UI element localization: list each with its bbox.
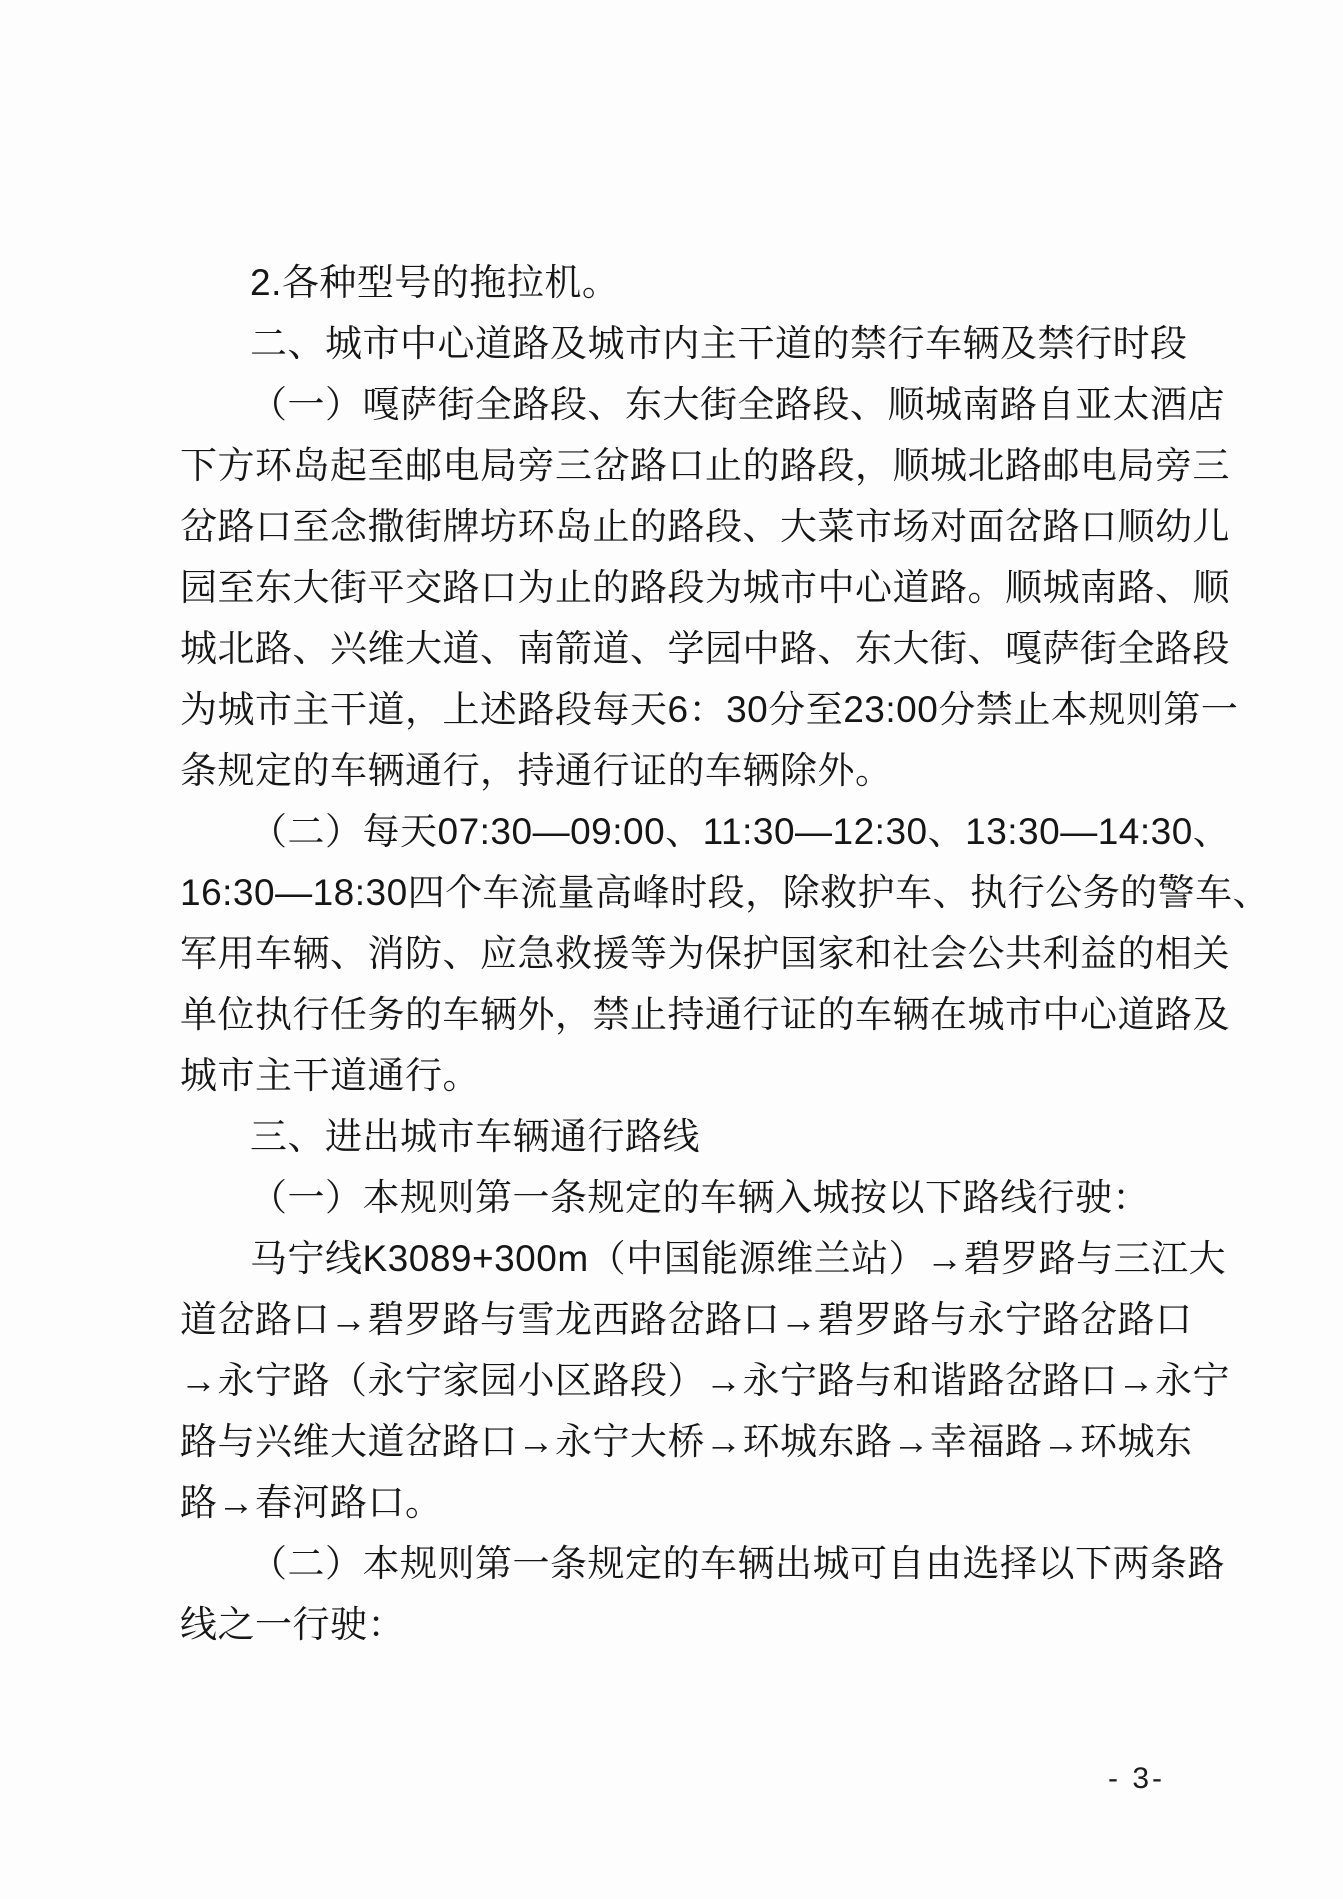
text-line: 条规定的车辆通行，持通行证的车辆除外。	[180, 740, 1200, 801]
text-line: 路→春河路口。	[180, 1472, 1200, 1533]
text-line: 军用车辆、消防、应急救援等为保护国家和社会公共利益的相关	[180, 923, 1200, 984]
text-line: 道岔路口→碧罗路与雪龙西路岔路口→碧罗路与永宁路岔路口	[180, 1289, 1200, 1350]
text-line: 16:30—18:30四个车流量高峰时段，除救护车、执行公务的警车、	[180, 862, 1200, 923]
text-line: （二）本规则第一条规定的车辆出城可自由选择以下两条路	[180, 1533, 1200, 1594]
text-line: 单位执行任务的车辆外，禁止持通行证的车辆在城市中心道路及	[180, 984, 1200, 1045]
text-line: 路与兴维大道岔路口→永宁大桥→环城东路→幸福路→环城东	[180, 1411, 1200, 1472]
document-text-block: 2.各种型号的拖拉机。二、城市中心道路及城市内主干道的禁行车辆及禁行时段（一）嘎…	[180, 252, 1200, 1655]
text-line: 为城市主干道，上述路段每天6：30分至23:00分禁止本规则第一	[180, 679, 1200, 740]
text-line: 下方环岛起至邮电局旁三岔路口止的路段，顺城北路邮电局旁三	[180, 435, 1200, 496]
text-line: 城北路、兴维大道、南箭道、学园中路、东大街、嘎萨街全路段	[180, 618, 1200, 679]
text-line: 岔路口至念撒街牌坊环岛止的路段、大菜市场对面岔路口顺幼儿	[180, 496, 1200, 557]
document-page: 2.各种型号的拖拉机。二、城市中心道路及城市内主干道的禁行车辆及禁行时段（一）嘎…	[0, 0, 1343, 1899]
text-line: →永宁路（永宁家园小区路段）→永宁路与和谐路岔路口→永宁	[180, 1350, 1200, 1411]
text-line: 园至东大街平交路口为止的路段为城市中心道路。顺城南路、顺	[180, 557, 1200, 618]
text-line: 城市主干道通行。	[180, 1045, 1200, 1106]
text-line: 线之一行驶：	[180, 1594, 1200, 1655]
text-line: 二、城市中心道路及城市内主干道的禁行车辆及禁行时段	[180, 313, 1200, 374]
text-line: 2.各种型号的拖拉机。	[180, 252, 1200, 313]
text-line: （一）嘎萨街全路段、东大街全路段、顺城南路自亚太酒店	[180, 374, 1200, 435]
text-line: 马宁线K3089+300m（中国能源维兰站）→碧罗路与三江大	[180, 1228, 1200, 1289]
text-line: 三、进出城市车辆通行路线	[180, 1106, 1200, 1167]
text-line: （一）本规则第一条规定的车辆入城按以下路线行驶：	[180, 1167, 1200, 1228]
text-line: （二）每天07:30—09:00、11:30—12:30、13:30—14:30…	[180, 801, 1200, 862]
page-number: - 3-	[1108, 1762, 1165, 1796]
